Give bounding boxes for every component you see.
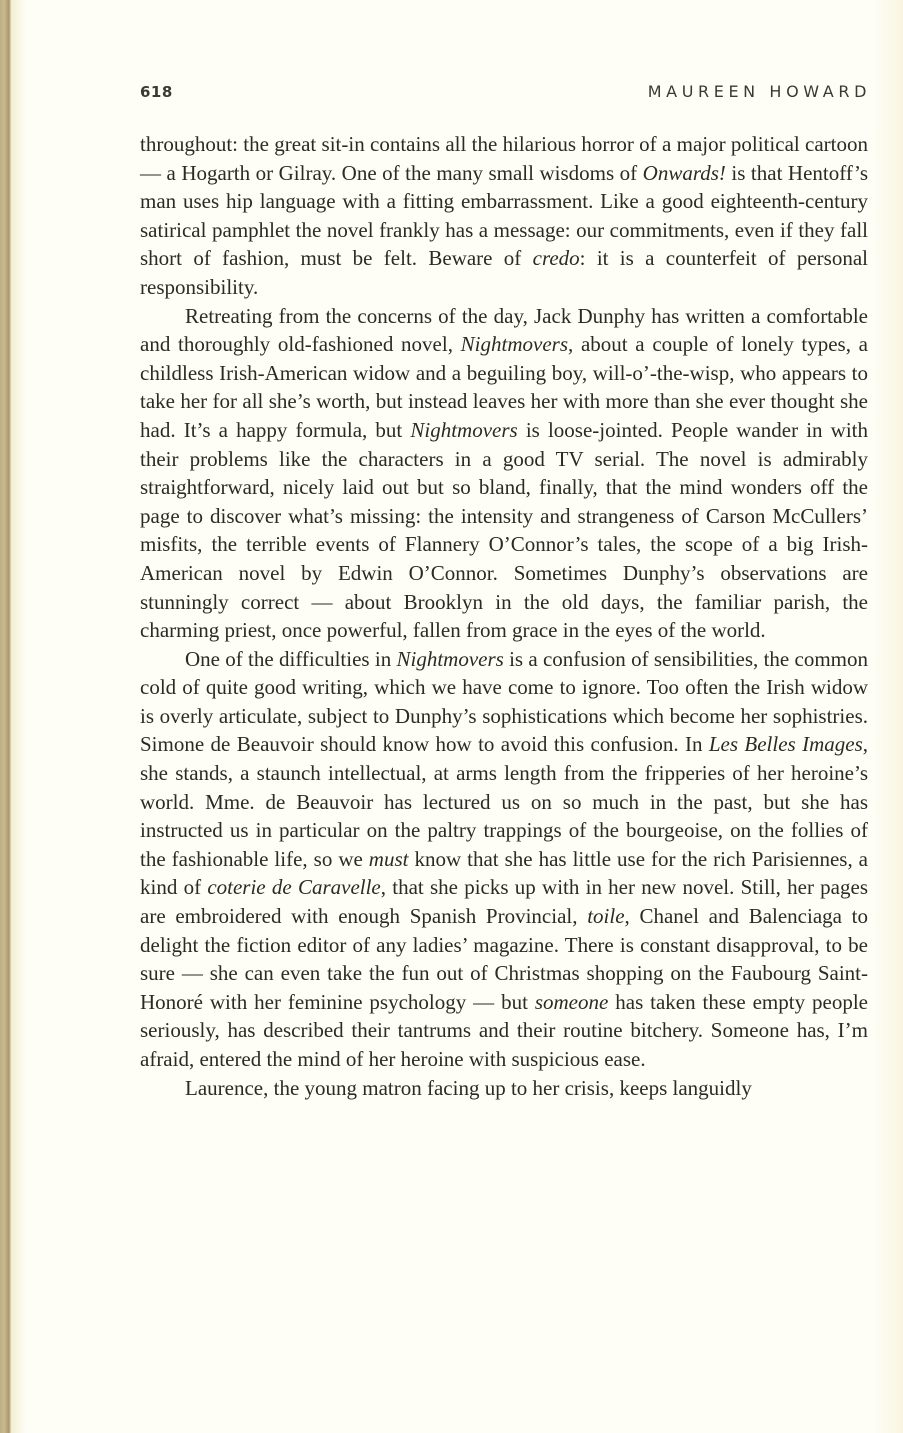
- body-text: throughout: the great sit-in contains al…: [140, 130, 868, 1102]
- paragraph: Laurence, the young matron facing up to …: [140, 1074, 868, 1103]
- text-segment: Laurence, the young matron facing up to …: [185, 1076, 752, 1100]
- paragraph: One of the difficulties in Nightmovers i…: [140, 645, 868, 1074]
- italic-title-text: someone: [535, 990, 608, 1014]
- paragraph: throughout: the great sit-in contains al…: [140, 130, 868, 302]
- running-head-author: MAUREEN HOWARD: [648, 82, 871, 101]
- book-binding-edge: [0, 0, 12, 1433]
- page-number: 618: [140, 83, 173, 101]
- italic-title-text: Nightmovers: [461, 332, 568, 356]
- italic-title-text: coterie de Caravelle: [207, 875, 380, 899]
- page-shading: [873, 0, 903, 1433]
- running-head: 618 MAUREEN HOWARD: [140, 82, 867, 106]
- italic-title-text: credo: [533, 246, 580, 270]
- italic-title-text: Nightmovers: [396, 647, 503, 671]
- italic-title-text: must: [369, 847, 409, 871]
- gutter-shadow: [12, 0, 26, 1433]
- text-segment: One of the difficulties in: [185, 647, 396, 671]
- italic-title-text: Nightmovers: [410, 418, 517, 442]
- paragraph: Retreating from the concerns of the day,…: [140, 302, 868, 645]
- italic-title-text: Les Belles Images: [709, 732, 863, 756]
- italic-title-text: toile: [587, 904, 624, 928]
- italic-title-text: Onwards!: [643, 161, 726, 185]
- text-segment: is loose-jointed. People wander in with …: [140, 418, 868, 642]
